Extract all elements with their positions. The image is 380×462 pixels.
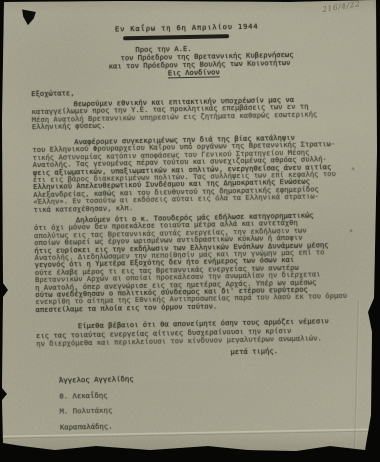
signature: Θ. Λεκαΐδης [59, 387, 134, 404]
dateline: Εν Καΐρω τη 6η Απριλίου 1944 [115, 23, 259, 33]
signature: Άγγελος Αγγελίδης [59, 371, 134, 388]
scanned-letter-page: 216/4/22 × × Εν Καΐρω τη 6η Απριλίου 194… [0, 0, 380, 462]
paragraph: Αναφέρομεν συγκεκριμένως την διά της βία… [32, 133, 351, 213]
paragraph: Είμεθα βέβαιοι ότι θα απονείμητε όσην το… [36, 317, 354, 349]
closing-salutation: μετά τιμής. [230, 347, 278, 355]
paragraph: Δηλούμεν ότι ο κ. Τσουδερός μάς εδήλωσε … [34, 211, 354, 314]
paragraph: Θεωρούμεν εθνικήν και επιτακτικήν υποχρέ… [31, 95, 350, 131]
dateline-underline [123, 34, 229, 40]
signature: Μ. Πολυτάκης [59, 402, 134, 419]
typewritten-text-layer: Εν Καΐρω τη 6η Απριλίου 1944 Προς την Α.… [0, 0, 380, 462]
signature-block: Άγγελος Αγγελίδης Θ. Λεκαΐδης Μ. Πολυτάκ… [59, 371, 135, 435]
addressee-place: Εις Λονδίνον [168, 68, 220, 78]
signature: Καραπαλάδης. [60, 418, 135, 435]
salutation: Εξοχώτατε, [31, 89, 74, 97]
